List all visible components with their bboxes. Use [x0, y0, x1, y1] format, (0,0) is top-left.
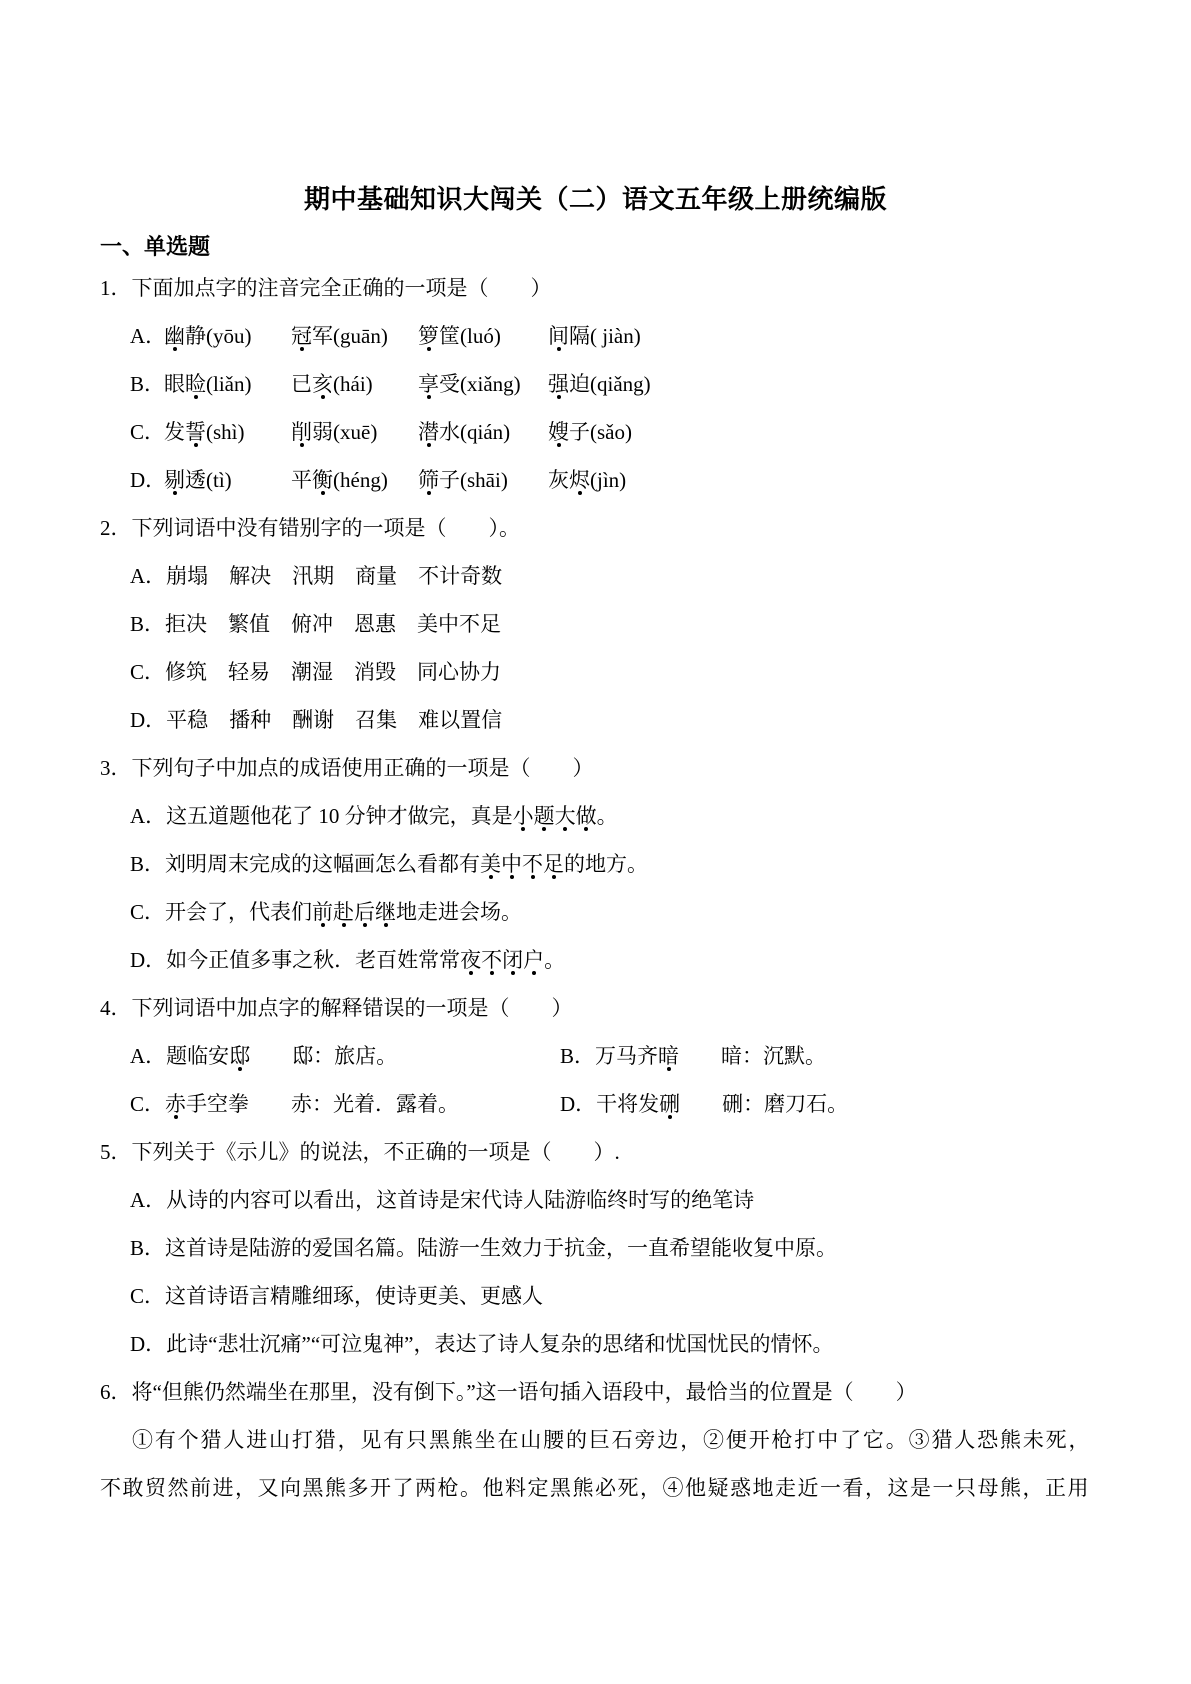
option-row-c: C． 发誓(shì) 削弱(xuē) 潜水(qián) 嫂子(sǎo): [100, 408, 1091, 456]
option-text: 修筑 轻易 潮湿 消毁 同心协力: [165, 660, 501, 684]
pinyin-item: 已亥(hái): [291, 360, 418, 408]
question-number: 2．: [100, 516, 132, 540]
option-label: A．: [130, 804, 166, 828]
option-label: A．: [130, 312, 164, 360]
option-text: 开会了，代表们前赴后继地走进会场。: [165, 900, 522, 924]
pinyin-item: 削弱(xuē): [291, 408, 418, 456]
option-cell-b: B．万马齐暗 暗：沉默。: [560, 1032, 1091, 1080]
page-title: 期中基础知识大闯关（二）语文五年级上册统编版: [100, 184, 1091, 214]
pinyin-item: 灰烬(jìn): [548, 456, 1091, 504]
option-label: D．: [130, 1332, 166, 1356]
pinyin-item: 箩筐(luó): [418, 312, 548, 360]
option-text: 如今正值多事之秋．老百姓常常夜不闭户。: [166, 948, 565, 972]
pinyin-item: 幽静(yōu): [164, 312, 291, 360]
option-label: B．: [130, 612, 165, 636]
option-text: 拒决 繁值 俯冲 恩惠 美中不足: [165, 612, 501, 636]
question-number: 4．: [100, 996, 132, 1020]
option-row-b: B．这首诗是陆游的爱国名篇。陆游一生效力于抗金，一直希望能收复中原。: [100, 1224, 1091, 1272]
option-label: C．: [130, 1284, 165, 1308]
question-stem: 3．下列句子中加点的成语使用正确的一项是（ ）: [100, 744, 1091, 792]
question-stem: 5．下列关于《示儿》的说法，不正确的一项是（ ）.: [100, 1128, 1091, 1176]
option-label: A．: [130, 564, 166, 588]
option-cell-a: A．题临安邸 邸：旅店。: [130, 1032, 560, 1080]
option-label: B．: [130, 360, 164, 408]
question-number: 1．: [100, 276, 132, 300]
pinyin-item: 间隔( jiàn): [548, 312, 1091, 360]
question-5: 5．下列关于《示儿》的说法，不正确的一项是（ ）. A．从诗的内容可以看出，这首…: [100, 1128, 1091, 1368]
question-stem: 6．将“但熊仍然端坐在那里，没有倒下。”这一语句插入语段中，最恰当的位置是（ ）: [100, 1368, 1091, 1416]
option-text: 从诗的内容可以看出，这首诗是宋代诗人陆游临终时写的绝笔诗: [166, 1188, 754, 1212]
question-stem: 4．下列词语中加点字的解释错误的一项是（ ）: [100, 984, 1091, 1032]
option-label: D．: [130, 948, 166, 972]
pinyin-item: 享受(xiǎng): [418, 360, 548, 408]
pinyin-item: 嫂子(sǎo): [548, 408, 1091, 456]
option-label: C．: [130, 408, 164, 456]
option-row-d: D． 剔透(tì) 平衡(héng) 筛子(shāi) 灰烬(jìn): [100, 456, 1091, 504]
option-label: D．: [560, 1092, 596, 1116]
option-label: B．: [130, 1236, 165, 1260]
option-row-d: D．平稳 播种 酬谢 召集 难以置信: [100, 696, 1091, 744]
option-label: B．: [560, 1044, 595, 1068]
option-row-ab: A．题临安邸 邸：旅店。 B．万马齐暗 暗：沉默。: [100, 1032, 1091, 1080]
option-text: 这首诗语言精雕细琢，使诗更美、更感人: [165, 1284, 543, 1308]
pinyin-item: 筛子(shāi): [418, 456, 548, 504]
pinyin-item: 强迫(qiǎng): [548, 360, 1091, 408]
option-label: C．: [130, 660, 165, 684]
question-number: 6．: [100, 1380, 132, 1404]
pinyin-item: 平衡(héng): [291, 456, 418, 504]
question-stem-text: 下面加点字的注音完全正确的一项是（ ）: [132, 276, 552, 300]
option-cell-d: D．干将发硎 硎：磨刀石。: [560, 1080, 1091, 1128]
question-4: 4．下列词语中加点字的解释错误的一项是（ ） A．题临安邸 邸：旅店。 B．万马…: [100, 984, 1091, 1128]
question-stem-text: 下列词语中没有错别字的一项是（ ）。: [132, 516, 521, 540]
option-row-a: A． 幽静(yōu) 冠军(guān) 箩筐(luó) 间隔( jiàn): [100, 312, 1091, 360]
option-text: 平稳 播种 酬谢 召集 难以置信: [166, 708, 502, 732]
option-text: 赤手空拳 赤：光着．露着。: [165, 1092, 459, 1116]
option-label: C．: [130, 900, 165, 924]
option-text: 万马齐暗 暗：沉默。: [595, 1044, 826, 1068]
question-stem-text: 将“但熊仍然端坐在那里，没有倒下。”这一语句插入语段中，最恰当的位置是（ ）: [132, 1380, 917, 1404]
pinyin-item: 剔透(tì): [164, 456, 291, 504]
option-text: 这五道题他花了 10 分钟才做完，真是小题大做。: [166, 804, 618, 828]
option-cell-c: C．赤手空拳 赤：光着．露着。: [130, 1080, 560, 1128]
option-text: 此诗“悲壮沉痛”“可泣鬼神”，表达了诗人复杂的思绪和忧国忧民的情怀。: [166, 1332, 833, 1356]
pinyin-item: 冠军(guān): [291, 312, 418, 360]
option-label: B．: [130, 852, 165, 876]
question-2: 2．下列词语中没有错别字的一项是（ ）。 A．崩塌 解决 汛期 商量 不计奇数 …: [100, 504, 1091, 744]
option-text: 题临安邸 邸：旅店。: [166, 1044, 397, 1068]
option-label: C．: [130, 1092, 165, 1116]
option-row-cd: C．赤手空拳 赤：光着．露着。 D．干将发硎 硎：磨刀石。: [100, 1080, 1091, 1128]
option-row-a: A．这五道题他花了 10 分钟才做完，真是小题大做。: [100, 792, 1091, 840]
option-label: D．: [130, 456, 164, 504]
option-row-b: B．刘明周末完成的这幅画怎么看都有美中不足的地方。: [100, 840, 1091, 888]
option-row-d: D．此诗“悲壮沉痛”“可泣鬼神”，表达了诗人复杂的思绪和忧国忧民的情怀。: [100, 1320, 1091, 1368]
option-row-b: B．拒决 繁值 俯冲 恩惠 美中不足: [100, 600, 1091, 648]
option-row-d: D．如今正值多事之秋．老百姓常常夜不闭户。: [100, 936, 1091, 984]
option-text: 干将发硎 硎：磨刀石。: [596, 1092, 848, 1116]
question-stem-text: 下列关于《示儿》的说法，不正确的一项是（ ）.: [132, 1140, 620, 1164]
option-label: D．: [130, 708, 166, 732]
question-stem-text: 下列句子中加点的成语使用正确的一项是（ ）: [132, 756, 594, 780]
question-number: 5．: [100, 1140, 132, 1164]
option-text: 刘明周末完成的这幅画怎么看都有美中不足的地方。: [165, 852, 648, 876]
question-number: 3．: [100, 756, 132, 780]
option-row-a: A．崩塌 解决 汛期 商量 不计奇数: [100, 552, 1091, 600]
option-row-c: C．这首诗语言精雕细琢，使诗更美、更感人: [100, 1272, 1091, 1320]
question-3: 3．下列句子中加点的成语使用正确的一项是（ ） A．这五道题他花了 10 分钟才…: [100, 744, 1091, 984]
option-text: 崩塌 解决 汛期 商量 不计奇数: [166, 564, 502, 588]
option-label: A．: [130, 1044, 166, 1068]
option-text: 这首诗是陆游的爱国名篇。陆游一生效力于抗金，一直希望能收复中原。: [165, 1236, 837, 1260]
question-6: 6．将“但熊仍然端坐在那里，没有倒下。”这一语句插入语段中，最恰当的位置是（ ）…: [100, 1368, 1091, 1512]
option-row-b: B． 眼睑(liǎn) 已亥(hái) 享受(xiǎng) 强迫(qiǎng): [100, 360, 1091, 408]
question-stem: 1．下面加点字的注音完全正确的一项是（ ）: [100, 264, 1091, 312]
pinyin-item: 潜水(qián): [418, 408, 548, 456]
passage-paragraph: ①有个猎人进山打猎，见有只黑熊坐在山腰的巨石旁边，②便开枪打中了它。③猎人恐熊未…: [100, 1416, 1091, 1512]
section-heading: 一、单选题: [100, 230, 1091, 264]
pinyin-item: 眼睑(liǎn): [164, 360, 291, 408]
option-row-a: A．从诗的内容可以看出，这首诗是宋代诗人陆游临终时写的绝笔诗: [100, 1176, 1091, 1224]
question-1: 1．下面加点字的注音完全正确的一项是（ ） A． 幽静(yōu) 冠军(guān…: [100, 264, 1091, 504]
question-stem: 2．下列词语中没有错别字的一项是（ ）。: [100, 504, 1091, 552]
exam-page: 期中基础知识大闯关（二）语文五年级上册统编版 一、单选题 1．下面加点字的注音完…: [0, 0, 1191, 1684]
question-stem-text: 下列词语中加点字的解释错误的一项是（ ）: [132, 996, 573, 1020]
option-row-c: C．开会了，代表们前赴后继地走进会场。: [100, 888, 1091, 936]
pinyin-item: 发誓(shì): [164, 408, 291, 456]
option-label: A．: [130, 1188, 166, 1212]
option-row-c: C．修筑 轻易 潮湿 消毁 同心协力: [100, 648, 1091, 696]
